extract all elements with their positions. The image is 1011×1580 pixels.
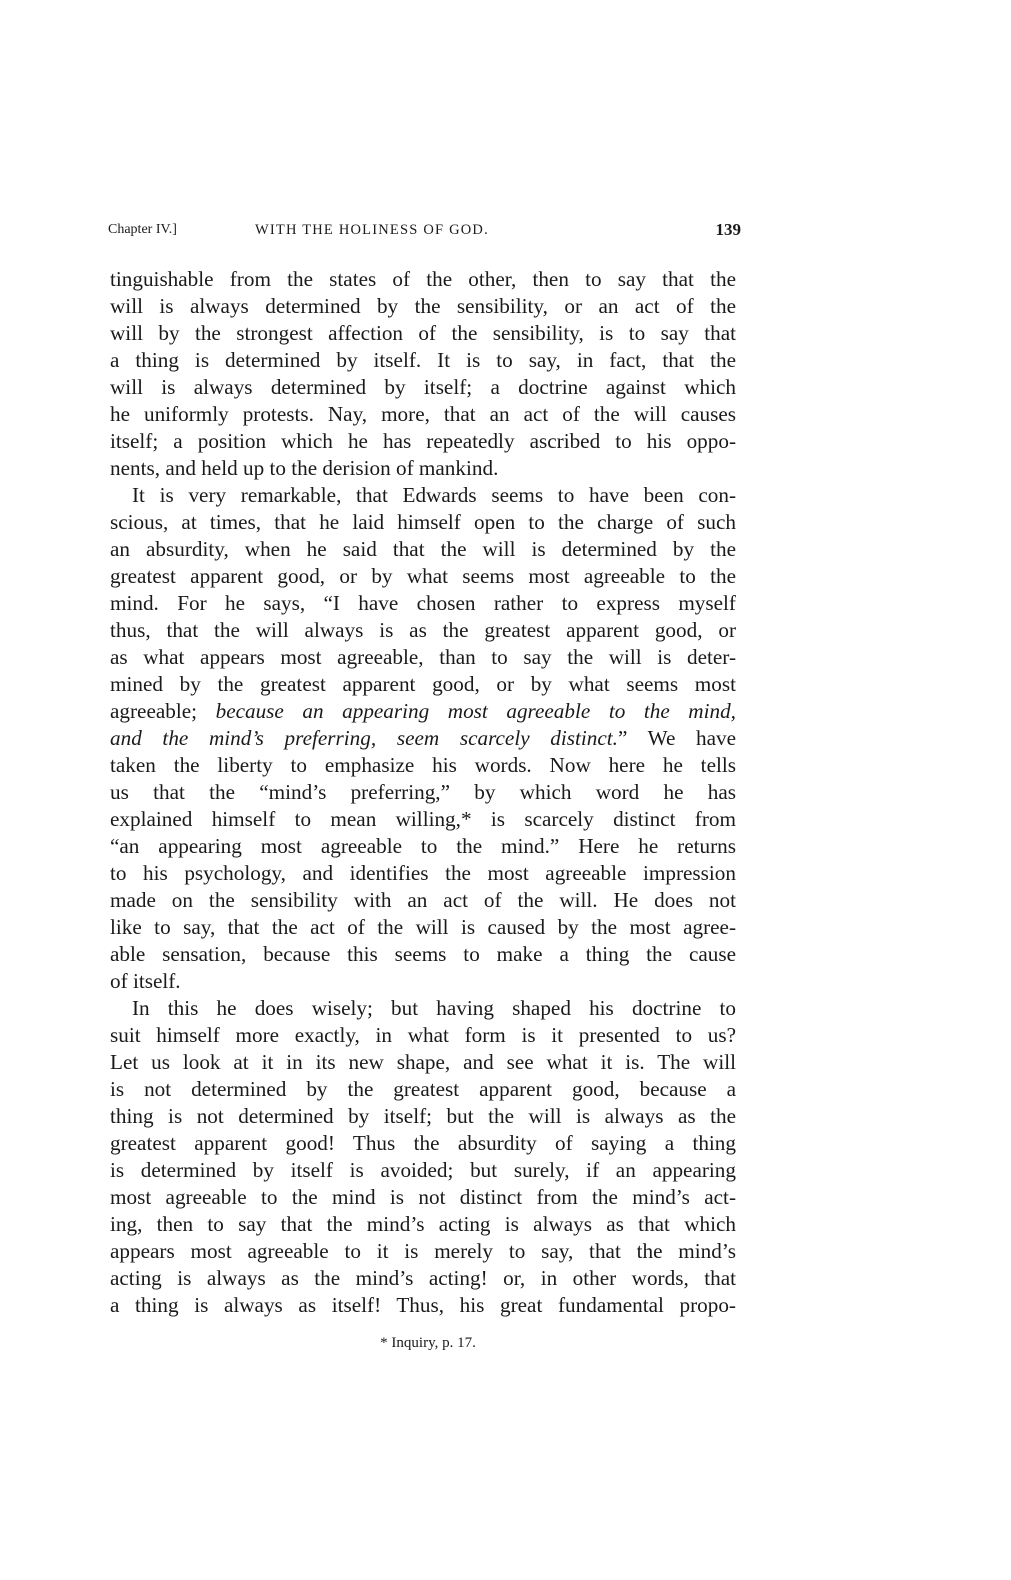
footnote: * Inquiry, p. 17. xyxy=(110,1333,736,1353)
paragraph-1: tinguishable from the states of the othe… xyxy=(110,266,736,482)
emphasized-text: and the mind’s preferring, seem scarcely… xyxy=(110,726,618,750)
page-number: 139 xyxy=(716,218,742,242)
text-line-mixed: and the mind’s preferring, seem scarcely… xyxy=(110,725,736,752)
text-line: scious, at times, that he laid himself o… xyxy=(110,509,736,536)
text-line-mixed: agreeable; because an appearing most agr… xyxy=(110,698,736,725)
text-line: is determined by itself is avoided; but … xyxy=(110,1157,736,1184)
text-line: an absurdity, when he said that the will… xyxy=(110,536,736,563)
text-line: ing, then to say that the mind’s acting … xyxy=(110,1211,736,1238)
text-line: most agreeable to the mind is not distin… xyxy=(110,1184,736,1211)
text-line: taken the liberty to emphasize his words… xyxy=(110,752,736,779)
text-line: greatest apparent good, or by what seems… xyxy=(110,563,736,590)
text-line: as what appears most agreeable, than to … xyxy=(110,644,736,671)
text-line: to his psychology, and identifies the mo… xyxy=(110,860,736,887)
book-page: Chapter IV.] WITH THE HOLINESS OF GOD. 1… xyxy=(110,218,736,1353)
text-line: a thing is always as itself! Thus, his g… xyxy=(110,1292,736,1319)
text-line: will is always determined by itself; a d… xyxy=(110,374,736,401)
text-line: he uniformly protests. Nay, more, that a… xyxy=(110,401,736,428)
text-line: thing is not determined by itself; but t… xyxy=(110,1103,736,1130)
text-line: itself; a position which he has repeated… xyxy=(110,428,736,455)
chapter-label: Chapter IV.] xyxy=(108,218,177,242)
roman-text: agreeable; xyxy=(110,699,216,723)
text-line: “an appearing most agreeable to the mind… xyxy=(110,833,736,860)
text-line: acting is always as the mind’s acting! o… xyxy=(110,1265,736,1292)
body-text: tinguishable from the states of the othe… xyxy=(110,266,736,1319)
text-line: mined by the greatest apparent good, or … xyxy=(110,671,736,698)
text-line: like to say, that the act of the will is… xyxy=(110,914,736,941)
roman-text: ” We have xyxy=(618,726,736,750)
running-head: Chapter IV.] WITH THE HOLINESS OF GOD. 1… xyxy=(110,218,736,242)
text-line: made on the sensibility with an act of t… xyxy=(110,887,736,914)
text-line: Let us look at it in its new shape, and … xyxy=(110,1049,736,1076)
text-line: will is always determined by the sensibi… xyxy=(110,293,736,320)
text-line: appears most agreeable to it is merely t… xyxy=(110,1238,736,1265)
emphasized-text: because an appearing most agreeable to t… xyxy=(216,699,736,723)
text-line: will by the strongest affection of the s… xyxy=(110,320,736,347)
paragraph-3: In this he does wisely; but having shape… xyxy=(110,995,736,1319)
text-line: In this he does wisely; but having shape… xyxy=(110,995,736,1022)
text-line: us that the “mind’s preferring,” by whic… xyxy=(110,779,736,806)
text-line: is not determined by the greatest appare… xyxy=(110,1076,736,1103)
text-line: mind. For he says, “I have chosen rather… xyxy=(110,590,736,617)
text-line: thus, that the will always is as the gre… xyxy=(110,617,736,644)
text-line: nents, and held up to the derision of ma… xyxy=(110,455,736,482)
running-title: WITH THE HOLINESS OF GOD. xyxy=(255,218,489,242)
text-line: able sensation, because this seems to ma… xyxy=(110,941,736,968)
text-line: suit himself more exactly, in what form … xyxy=(110,1022,736,1049)
text-line: a thing is determined by itself. It is t… xyxy=(110,347,736,374)
paragraph-2: It is very remarkable, that Edwards seem… xyxy=(110,482,736,995)
text-line: explained himself to mean willing,* is s… xyxy=(110,806,736,833)
text-line: It is very remarkable, that Edwards seem… xyxy=(110,482,736,509)
text-line: tinguishable from the states of the othe… xyxy=(110,266,736,293)
text-line: of itself. xyxy=(110,968,736,995)
text-line: greatest apparent good! Thus the absurdi… xyxy=(110,1130,736,1157)
